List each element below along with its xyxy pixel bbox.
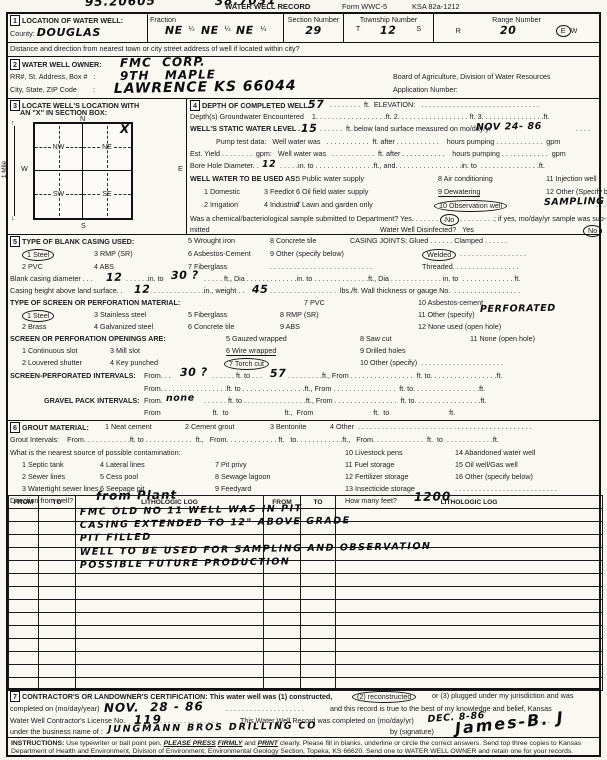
contamination-label: What is the nearest source of possible c… <box>10 448 181 457</box>
openings-label: SCREEN OR PERFORATION OPENINGS ARE: <box>10 334 166 343</box>
table-cell <box>39 548 76 561</box>
gpi-from-value: none <box>166 392 195 404</box>
bore-hole-label: Bore Hole Diameter. . <box>190 161 259 170</box>
static-level-date: NOV 24- 86 <box>476 121 542 133</box>
static-level-value: 15 <box>301 122 318 135</box>
disinfected-question: Water Well Disinfected? Yes <box>380 225 474 234</box>
completed-dots: . . . . . . . . . . . . . . . . . . . . <box>226 704 304 713</box>
table-row <box>9 613 603 626</box>
instructions-text-a: Use typewriter or ball point pen, <box>66 740 163 747</box>
table-row <box>9 626 603 639</box>
table-cell <box>76 652 264 665</box>
other-use-dots: . . . . <box>596 200 607 209</box>
option-fertilizer-storage: 12 Fertilizer storage <box>345 472 409 481</box>
welded-dots: . . . . . . . . . . . . . . . . . <box>460 249 526 258</box>
spi-mid: . . . . . . ft. to . . . <box>212 371 262 380</box>
table-cell <box>76 600 264 613</box>
option-rmp-sr: 3 RMP (SR) <box>94 249 133 258</box>
form-number: Form WWC-5 <box>342 2 387 11</box>
table-cell <box>9 626 39 639</box>
option-wire-wrapped-underlined: 6 Wire wrapped <box>226 346 276 356</box>
option-pvc: 2 PVC <box>22 262 43 271</box>
section-4-number: 4 <box>190 100 200 111</box>
perforated-intervals-label: SCREEN-PERFORATED INTERVALS: <box>10 371 136 380</box>
handwritten-number-left: 95.20605 <box>85 0 156 9</box>
table-cell <box>264 652 301 665</box>
option-screen-pvc: 7 PVC <box>304 298 325 307</box>
table-cell <box>9 652 39 665</box>
business-name-value: JUNGMANN BROS DRILLING CO <box>108 720 317 735</box>
table-cell <box>264 535 301 548</box>
table-cell <box>76 574 264 587</box>
quadrant-nw-label: NW <box>51 144 67 151</box>
option-irrigation: 2 Irrigation <box>204 200 238 209</box>
table-cell <box>39 574 76 587</box>
option-cement-grout: 2 Cement grout <box>185 422 235 431</box>
option-public-water: 5 Public water supply <box>296 174 364 183</box>
table-cell <box>264 587 301 600</box>
option-injection-well: 11 Injection well <box>546 174 597 183</box>
screen-other-value: PERFORATED <box>480 303 556 315</box>
table-cell <box>9 574 39 587</box>
fraction-cell: Fraction NE¼ NE¼ NE¼ <box>147 14 283 42</box>
table-row <box>9 600 603 613</box>
casing-header-row: 5 TYPE OF BLANK CASING USED: 5 Wrought i… <box>8 236 599 249</box>
option-screen-other: 11 Other (specify) <box>418 310 475 319</box>
section-number-cell: Section Number 29 <box>283 14 343 42</box>
gravel-pack-label: GRAVEL PACK INTERVALS: <box>44 396 140 405</box>
quarter-1: ¼ <box>189 24 195 37</box>
casing-height-label: Casing height above land surface. . <box>10 286 123 295</box>
instructions-please-press: PLEASE PRESS <box>164 740 216 747</box>
option-screen-steel-circled: 1 Steel <box>22 310 54 322</box>
city-value: LAWRENCE KS 66044 <box>114 78 297 97</box>
header-from-1: FROM <box>9 496 39 509</box>
section-number-label: Section Number <box>286 15 341 24</box>
table-cell <box>336 600 603 613</box>
table-cell <box>39 535 76 548</box>
casing-diameter-tail: . . . . . ft., Dia . . . . . . . . . . .… <box>204 274 520 283</box>
spi-from: From. . . <box>144 371 171 380</box>
weight-value: 45 <box>252 283 269 296</box>
casing-height-tail: . . . . . . . . . . . . . . . . . lbs./f… <box>270 286 520 295</box>
fraction-label: Fraction <box>150 15 281 24</box>
bore-hole-tail: . . . . .in. to . . . . . . . . . . . . … <box>280 161 545 170</box>
table-cell <box>336 535 603 548</box>
table-cell <box>301 574 336 587</box>
joint-welded-circled: Welded <box>422 249 456 261</box>
form-header: 95.20605 38.7031 WATER WELL RECORD Form … <box>0 2 607 12</box>
table-cell <box>264 600 301 613</box>
casing-diameter-mid: . . . . . .in. to <box>126 274 164 283</box>
est-yield-text: Est. Yield . . . . . . . . gpm: Well wat… <box>190 149 566 158</box>
table-cell <box>39 626 76 639</box>
range-west: W <box>571 26 578 35</box>
spi-to-value: 57 <box>270 367 287 380</box>
section-1-label: LOCATION OF WATER WELL: <box>22 16 123 25</box>
casing-row-2: 1 Steel 3 RMP (SR) 6 Asbestos-Cement 9 O… <box>8 249 599 262</box>
header-to-2: TO <box>301 496 336 509</box>
section-7-number: 7 <box>10 691 20 702</box>
option-asbestos-cement: 6 Asbestos-Cement <box>188 249 251 258</box>
table-cell <box>39 509 76 522</box>
groundwater-text: Depth(s) Groundwater Encountered 1. . . … <box>190 112 550 121</box>
screen-material-label: TYPE OF SCREEN OR PERFORATION MATERIAL: <box>10 298 180 307</box>
table-cell <box>76 509 264 522</box>
casing-diameter-label: Blank casing diameter . . . <box>10 274 93 283</box>
table-cell <box>264 574 301 587</box>
used-as-row-2: 1 Domestic 3 Feedlot 6 Oil field water s… <box>8 187 599 200</box>
option-septic-tank: 1 Septic tank <box>22 460 64 469</box>
option-screen-abs: 9 ABS <box>280 322 300 331</box>
option-domestic: 1 Domestic <box>204 187 240 196</box>
water-well-record-form: 95.20605 38.7031 WATER WELL RECORD Form … <box>0 0 607 760</box>
table-cell <box>9 548 39 561</box>
option-feedlot: 3 Feedlot <box>264 187 294 196</box>
range-label: Range Number <box>436 15 597 24</box>
table-cell <box>336 626 603 639</box>
casing-label: TYPE OF BLANK CASING USED: <box>22 237 134 246</box>
casing-height-mid: . . . . . . . . . . . . .in., weight . . <box>154 286 244 295</box>
table-cell <box>301 600 336 613</box>
depth-value: 57 <box>308 98 325 111</box>
table-row <box>9 522 603 535</box>
table-row <box>9 548 603 561</box>
section-5-number: 5 <box>10 236 20 247</box>
chem-sample-question: Was a chemical/bacteriological sample su… <box>190 214 446 223</box>
table-cell <box>336 587 603 600</box>
table-cell <box>336 574 603 587</box>
option-key-punched: 4 Key punched <box>110 358 158 367</box>
option-grout-other: 4 Other . . . . . . . . . . . . . . . . … <box>330 422 532 431</box>
grout-intervals-text: Grout Intervals: From. . . . . . . . . .… <box>10 435 499 444</box>
option-screen-asbestos: 10 Asbestos-cement <box>418 298 483 307</box>
option-oil-gas-well: 15 Oil well/Gas well <box>455 460 518 469</box>
table-cell <box>301 587 336 600</box>
table-row <box>9 561 603 574</box>
joint-threaded: Threaded. . . . . . . . . . . . . . . . … <box>422 262 519 271</box>
gpi-line2: From ft. to ft., From ft. to ft. <box>144 408 455 417</box>
static-level-mid: . . . . . . ft. below land surface measu… <box>320 124 491 133</box>
table-cell <box>76 665 264 678</box>
casing-diameter-to-value: 30 ? <box>171 269 199 282</box>
static-level-label: WELL'S STATIC WATER LEVEL . . <box>190 124 304 133</box>
address-label: RR#, St. Address, Box # : <box>10 72 96 81</box>
table-cell <box>39 613 76 626</box>
table-cell <box>264 639 301 652</box>
signature-label: by (signature) <box>390 727 434 736</box>
table-cell <box>39 561 76 574</box>
application-number-label: Application Number: <box>393 85 458 94</box>
option-galvanized-steel: 4 Galvanized steel <box>94 322 153 331</box>
option-sewage-lagoon: 8 Sewage lagoon <box>215 472 271 481</box>
table-cell <box>264 522 301 535</box>
table-cell <box>301 639 336 652</box>
range-r: R <box>456 26 461 35</box>
completed-on-label: completed on (mo/day/year) <box>10 704 100 713</box>
table-cell <box>301 509 336 522</box>
bore-hole-value: 12 <box>262 159 277 170</box>
option-steel-circled: 1 Steel <box>22 249 54 261</box>
used-as-row-3: 2 Irrigation 4 Industrial 7 Lawn and gar… <box>8 200 599 213</box>
table-cell <box>336 548 603 561</box>
option-continuous-slot: 1 Continuous slot <box>22 346 78 355</box>
table-cell <box>39 639 76 652</box>
township-cell: Township Number T 12 S <box>343 14 433 42</box>
table-cell <box>301 561 336 574</box>
table-cell <box>76 613 264 626</box>
table-cell <box>301 613 336 626</box>
table-cell <box>9 600 39 613</box>
option-dewatering-underlined: 9 Dewatering <box>438 187 480 197</box>
option-sewer-lines: 2 Sewer lines <box>22 472 65 481</box>
owner-line: 2 WATER WELL OWNER: FMC CORP. <box>8 59 599 72</box>
spi-tail: . . . . . . . . .ft., From . . . . . . .… <box>288 371 502 380</box>
option-bentonite: 3 Bentonite <box>270 422 306 431</box>
pump-test-text: Pump test data: Well water was . . . . .… <box>216 137 560 146</box>
option-saw-cut: 8 Saw cut <box>360 334 392 343</box>
township-s: S <box>416 24 421 37</box>
table-cell <box>301 535 336 548</box>
table-cell <box>76 561 264 574</box>
fraction-3: NE <box>236 24 254 37</box>
table-row <box>9 639 603 652</box>
table-cell <box>76 535 264 548</box>
table-cell <box>9 665 39 678</box>
option-wrought-iron: 5 Wrought iron <box>188 236 235 245</box>
quadrant-ne-label: NE <box>100 144 114 151</box>
option-openings-other: 10 Other (specify) . . . . . . . . . . .… <box>360 358 503 367</box>
static-level-tail: . . . . <box>576 124 590 133</box>
table-row <box>9 587 603 600</box>
table-row <box>9 509 603 522</box>
township-value: 12 <box>380 24 397 37</box>
address-line: RR#, St. Address, Box # : 9TH MAPLE Boar… <box>8 72 599 85</box>
table-cell <box>336 639 603 652</box>
option-drilled-holes: 9 Drilled holes <box>360 346 406 355</box>
option-fuel-storage: 11 Fuel storage <box>345 460 394 469</box>
certification-text-b: or (3) plugged under my jurisdiction and… <box>432 691 573 700</box>
table-cell <box>9 561 39 574</box>
option-concrete-tile: 8 Concrete tile <box>270 236 316 245</box>
table-cell <box>9 639 39 652</box>
table-cell <box>264 548 301 561</box>
table-cell <box>9 613 39 626</box>
table-cell <box>264 626 301 639</box>
option-louvered-shutter: 2 Louvered shutter <box>22 358 82 367</box>
header-log-2: LITHOLOGIC LOG <box>336 496 603 509</box>
reconstructed-circled: (2) reconstructed <box>352 691 416 703</box>
table-cell <box>76 548 264 561</box>
grout-label: GROUT MATERIAL: <box>22 423 89 432</box>
spi-line2: From. . . . . . . . . . . . . . . . .ft.… <box>144 384 485 393</box>
table-cell <box>301 652 336 665</box>
spi-from-value: 30 ? <box>180 366 208 379</box>
option-contam-other: 16 Other (specify below) <box>455 472 533 481</box>
quadrant-se-label: SE <box>100 191 113 198</box>
county-value: DOUGLAS <box>37 26 101 39</box>
option-stainless-steel: 3 Stainless steel <box>94 310 146 319</box>
fraction-2: NE <box>200 24 218 37</box>
table-row <box>9 652 603 665</box>
table-cell <box>336 665 603 678</box>
quarter-2: ¼ <box>224 24 230 37</box>
depth-tail: . . . . . . . . ft. ELEVATION: . . . . .… <box>330 100 539 109</box>
table-cell <box>39 652 76 665</box>
static-level-line: WELL'S STATIC WATER LEVEL . . 15 . . . .… <box>8 124 599 137</box>
instructions-print: PRINT <box>258 740 278 747</box>
option-none-open-hole: 11 None (open hole) <box>470 334 535 343</box>
header-from-2: FROM <box>264 496 301 509</box>
lithologic-log-table: FROM TO LITHOLOGIC LOG FROM TO LITHOLOGI… <box>8 495 603 691</box>
option-mill-slot: 3 Mill slot <box>110 346 140 355</box>
option-screen-rmp: 8 RMP (SR) <box>280 310 319 319</box>
business-name-label: under the business name of : <box>10 727 103 736</box>
bore-hole-line: Bore Hole Diameter. . 12 . . . . .in. to… <box>8 161 599 174</box>
table-cell <box>301 522 336 535</box>
owner-label: WATER WELL OWNER: <box>22 60 102 69</box>
other-dots: . . . . . . . . . . . . . . . . . . . . … <box>270 262 372 271</box>
certification-line-1: 7 CONTRACTOR'S OR LANDOWNER'S CERTIFICAT… <box>8 691 599 704</box>
table-cell <box>264 509 301 522</box>
quarter-3: ¼ <box>260 24 266 37</box>
instructions-block: INSTRUCTIONS: Use typewriter or ball poi… <box>8 739 599 757</box>
option-livestock-pens: 10 Livestock pens <box>345 448 403 457</box>
fraction-1: NE <box>164 24 182 37</box>
table-cell <box>301 626 336 639</box>
table-cell <box>76 626 264 639</box>
form-body: 1 LOCATION OF WATER WELL: County: DOUGLA… <box>6 12 601 757</box>
option-other-specify: 12 Other (Specify below) <box>546 187 607 196</box>
option-other-specify-below: 9 Other (specify below) <box>270 249 344 258</box>
option-neat-cement: 1 Neat cement <box>105 422 152 431</box>
table-cell <box>76 522 264 535</box>
table-cell <box>301 548 336 561</box>
casing-height-value: 12 <box>134 283 151 296</box>
option-screen-fiberglass: 5 Fiberglass <box>188 310 227 319</box>
table-cell <box>264 665 301 678</box>
casing-joints-label: CASING JOINTS: Glued . . . . . . Clamped… <box>350 236 507 245</box>
table-cell <box>9 535 39 548</box>
table-cell <box>336 652 603 665</box>
township-t: T <box>356 24 360 37</box>
form-statute: KSA 82a-1212 <box>412 2 460 11</box>
option-oil-field: 6 Oil field water supply <box>296 187 368 196</box>
table-cell <box>336 509 603 522</box>
table-cell <box>39 665 76 678</box>
depth-label: DEPTH OF COMPLETED WELL. <box>202 101 310 110</box>
instructions-label: INSTRUCTIONS: <box>11 740 64 747</box>
range-cell: Range Number R 20 EW <box>433 14 599 42</box>
option-gauzed-wrapped: 5 Gauzed wrapped <box>226 334 287 343</box>
board-of-agriculture-label: Board of Agriculture, Division of Water … <box>393 72 551 81</box>
section-1-location: 1 LOCATION OF WATER WELL: County: DOUGLA… <box>8 14 599 43</box>
city-label: City, State, ZIP Code : <box>10 85 95 94</box>
table-cell <box>264 613 301 626</box>
option-lateral-lines: 4 Lateral lines <box>100 460 145 469</box>
option-pit-privy: 7 Pit privy <box>215 460 247 469</box>
table-cell <box>9 522 39 535</box>
table-cell <box>336 561 603 574</box>
table-row <box>9 665 603 678</box>
gpi-from: From. <box>144 396 163 405</box>
option-abs: 4 ABS <box>94 262 114 271</box>
header-to-1: TO <box>39 496 76 509</box>
option-abandoned-well: 14 Abandoned water well <box>455 448 535 457</box>
table-cell <box>76 639 264 652</box>
option-industrial: 4 Industrial <box>264 200 299 209</box>
option-screen-concrete-tile: 6 Concrete tile <box>188 322 234 331</box>
gpi-tail: . . . . . . ft. to . . . . . . . . . . .… <box>204 396 486 405</box>
section-6-number: 6 <box>10 422 20 433</box>
option-observation-well-circled: 10 Observation well <box>434 200 507 212</box>
openings-row-2: 2 Louvered shutter 4 Key punched 7 Torch… <box>8 358 599 371</box>
grout-intervals-line: Grout Intervals: From. . . . . . . . . .… <box>8 435 599 448</box>
county-label: County: <box>10 29 35 38</box>
township-label: Township Number <box>346 15 431 24</box>
location-cell: 1 LOCATION OF WATER WELL: County: DOUGLA… <box>8 14 147 42</box>
range-value: 20 <box>500 24 517 37</box>
quadrant-sw-label: SW <box>51 191 66 198</box>
table-cell <box>301 665 336 678</box>
table-cell <box>264 561 301 574</box>
table-cell <box>336 522 603 535</box>
option-cess-pool: 5 Cess pool <box>100 472 138 481</box>
lithologic-table-body <box>9 509 603 691</box>
table-header-row: FROM TO LITHOLOGIC LOG FROM TO LITHOLOGI… <box>9 496 603 509</box>
header-log-1: LITHOLOGIC LOG <box>76 496 264 509</box>
range-east-circled: E <box>556 25 571 37</box>
option-none-used: 12 None used (open hole) <box>418 322 501 331</box>
used-as-label: WELL WATER TO BE USED AS: <box>190 174 298 183</box>
table-row <box>9 574 603 587</box>
used-as-header: WELL WATER TO BE USED AS: 5 Public water… <box>8 174 599 187</box>
option-torch-cut-circled: 7 Torch cut <box>224 358 269 370</box>
table-cell <box>39 587 76 600</box>
mitted-text: mitted <box>190 225 210 234</box>
section-number-value: 29 <box>305 24 322 37</box>
table-cell <box>39 522 76 535</box>
form-title: WATER WELL RECORD <box>225 2 310 11</box>
distance-question: Distance and direction from nearest town… <box>10 44 300 53</box>
option-air-conditioning: 8 Air conditioning <box>438 174 493 183</box>
option-lawn-garden: 7 Lawn and garden only <box>296 200 373 209</box>
section-1-number: 1 <box>10 15 20 26</box>
table-row <box>9 535 603 548</box>
city-line: City, State, ZIP Code : LAWRENCE KS 6604… <box>8 85 599 98</box>
table-cell <box>76 587 264 600</box>
table-cell <box>39 600 76 613</box>
table-cell <box>336 613 603 626</box>
instructions-and: and <box>242 740 257 747</box>
section-2-number: 2 <box>10 59 20 70</box>
distance-question-row: Distance and direction from nearest town… <box>8 42 599 57</box>
casing-diameter-value: 12 <box>106 271 123 284</box>
table-cell <box>9 509 39 522</box>
table-cell <box>9 587 39 600</box>
instructions-firmly: FIRMLY <box>218 740 243 747</box>
option-brass: 2 Brass <box>22 322 46 331</box>
perforated-intervals-line-1: SCREEN-PERFORATED INTERVALS: From. . . 3… <box>8 371 599 384</box>
chem-sample-tail: . . . . . . . . .; if yes, mo/day/yr sam… <box>460 214 606 223</box>
grout-header: 6 GROUT MATERIAL: 1 Neat cement 2 Cement… <box>8 422 599 435</box>
